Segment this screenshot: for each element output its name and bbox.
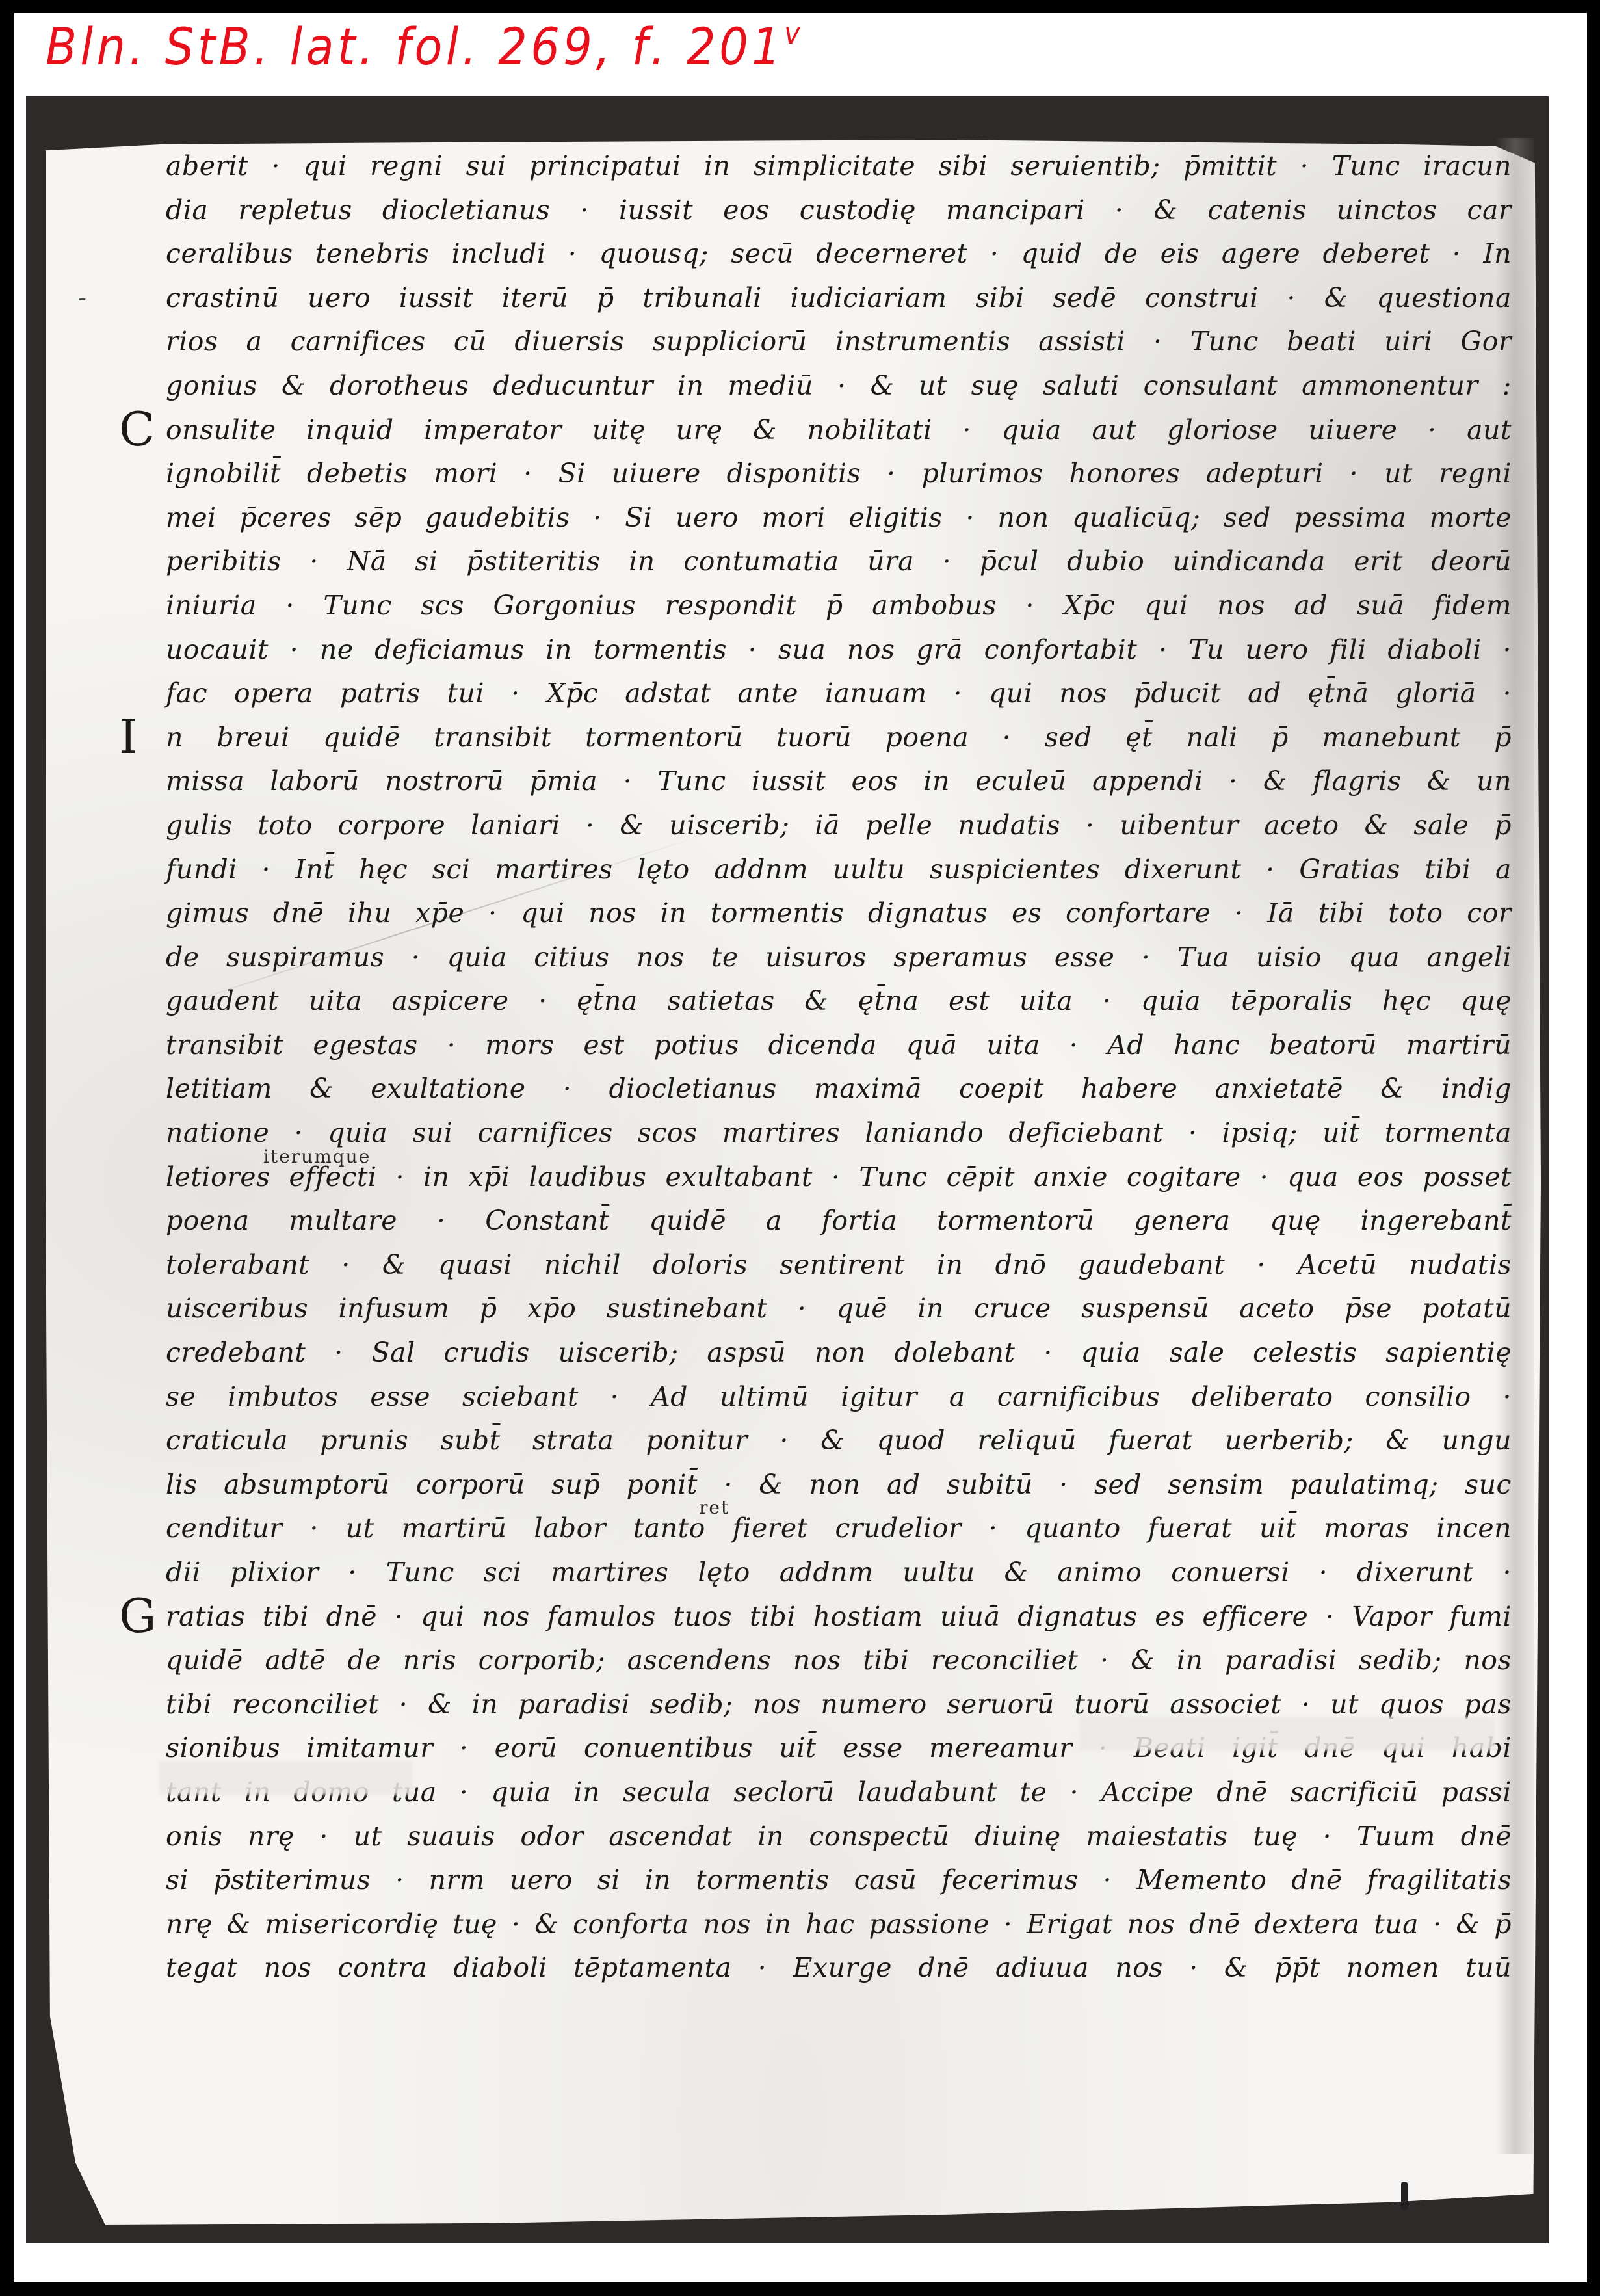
manuscript-line: uisceribus infusum p̄ xp̄o sustinebant ·… (166, 1287, 1512, 1331)
decorated-initial: I (119, 711, 138, 763)
line-text: ceralibus tenebris includi · quousq; sec… (166, 232, 1512, 276)
line-text: letitiam & exultatione · diocletianus ma… (166, 1067, 1512, 1111)
line-text: si p̄stiterimus · nrm uero si in torment… (166, 1858, 1512, 1903)
manuscript-line: ceralibus tenebris includi · quousq; sec… (166, 232, 1512, 276)
line-text: aberit · qui regni sui principatui in si… (166, 144, 1512, 189)
manuscript-line: credebant · Sal crudis uiscerib; aspsū n… (166, 1331, 1512, 1375)
line-text: transibit egestas · mors est potius dice… (166, 1023, 1512, 1068)
line-text: ignobilit̄ debetis mori · Si uiuere disp… (166, 452, 1512, 496)
line-text: tegat nos contra diaboli tēptamenta · Ex… (166, 1946, 1512, 1990)
line-text: rios a carnifices cū diuersis supplicior… (166, 320, 1512, 364)
manuscript-line: -crastinū uero iussit iterū p̄ tribunali… (166, 276, 1512, 321)
line-text: fundi · Int̄ hęc sci martires lęto addnm… (166, 848, 1512, 892)
line-text: fac opera patris tui · Xp̄c adstat ante … (166, 672, 1512, 716)
manuscript-line: iterumqueletiores effecti · in xp̄i laud… (166, 1155, 1512, 1200)
line-text: uocauit · ne deficiamus in tormentis · s… (166, 628, 1512, 672)
manuscript-line: Consulite inquid imperator uitę urę & no… (166, 408, 1512, 453)
manuscript-line: se imbutos esse sciebant · Ad ultimū igi… (166, 1375, 1512, 1419)
line-text: nrę & misericordię tuę · & conforta nos … (166, 1903, 1512, 1947)
manuscript-line: craticula prunis subt̄ strata ponitur · … (166, 1419, 1512, 1463)
ink-mark (1401, 2182, 1408, 2210)
manuscript-line: missa laborū nostrorū p̄mia · Tunc iussi… (166, 759, 1512, 804)
manuscript-line: dii plixior · Tunc sci martires lęto add… (166, 1551, 1512, 1595)
manuscript-line: nrę & misericordię tuę · & conforta nos … (166, 1903, 1512, 1947)
line-text: lis absumptorū corporū sup̄ ponit̄ · & n… (166, 1463, 1512, 1507)
manuscript-line: retcenditur · ut martirū labor tanto fie… (166, 1507, 1512, 1551)
line-text: craticula prunis subt̄ strata ponitur · … (166, 1419, 1512, 1463)
shelfmark-text: Bln. StB. lat. fol. 269, f. 201 (46, 18, 784, 77)
manuscript-line: lis absumptorū corporū sup̄ ponit̄ · & n… (166, 1463, 1512, 1507)
shelfmark-annotation: Bln. StB. lat. fol. 269, f. 201v (46, 18, 804, 90)
line-text: credebant · Sal crudis uiscerib; aspsū n… (166, 1331, 1512, 1375)
line-text: tolerabant · & quasi nichil doloris sent… (166, 1243, 1512, 1287)
line-text: dii plixior · Tunc sci martires lęto add… (166, 1551, 1512, 1595)
manuscript-line: letitiam & exultatione · diocletianus ma… (166, 1067, 1512, 1111)
folio-side: v (784, 16, 804, 51)
line-text: se imbutos esse sciebant · Ad ultimū igi… (166, 1375, 1512, 1419)
manuscript-text-block: aberit · qui regni sui principatui in si… (166, 144, 1512, 1990)
manuscript-line: gaudent uita aspicere · ęt̄na satietas &… (166, 979, 1512, 1023)
line-text: gonius & dorotheus deducuntur in mediū ·… (166, 364, 1512, 408)
erased-text-region (1079, 1717, 1495, 1750)
line-text: gaudent uita aspicere · ęt̄na satietas &… (166, 979, 1512, 1023)
line-text: dia repletus diocletianus · iussit eos c… (166, 189, 1512, 233)
manuscript-line: gimus dnē ihu xp̄e · qui nos in tormenti… (166, 891, 1512, 936)
manuscript-line: poena multare · Constant̄ quidē a fortia… (166, 1199, 1512, 1243)
manuscript-line: si p̄stiterimus · nrm uero si in torment… (166, 1858, 1512, 1903)
manuscript-line: aberit · qui regni sui principatui in si… (166, 144, 1512, 189)
line-text: cenditur · ut martirū labor tanto fieret… (166, 1507, 1512, 1551)
erased-text-region (159, 1761, 413, 1795)
line-text: iniuria · Tunc scs Gorgonius respondit p… (166, 584, 1512, 628)
line-text: gimus dnē ihu xp̄e · qui nos in tormenti… (166, 891, 1512, 936)
manuscript-line: In breui quidē transibit tormentorū tuor… (166, 716, 1512, 760)
manuscript-line: peribitis · Nā si p̄stiteritis in contum… (166, 540, 1512, 584)
manuscript-line: tolerabant · & quasi nichil doloris sent… (166, 1243, 1512, 1287)
manuscript-line: mei p̄ceres sēp gaudebitis · Si uero mor… (166, 496, 1512, 540)
manuscript-line: fac opera patris tui · Xp̄c adstat ante … (166, 672, 1512, 716)
line-text: de suspiramus · quia citius nos te uisur… (166, 936, 1512, 980)
manuscript-line: iniuria · Tunc scs Gorgonius respondit p… (166, 584, 1512, 628)
manuscript-line: de suspiramus · quia citius nos te uisur… (166, 936, 1512, 980)
decorated-initial: C (119, 403, 155, 455)
decorated-initial: G (119, 1590, 157, 1642)
line-text: missa laborū nostrorū p̄mia · Tunc iussi… (166, 759, 1512, 804)
manuscript-line: fundi · Int̄ hęc sci martires lęto addnm… (166, 848, 1512, 892)
manuscript-line: quidē adtē de nris corporib; ascendens n… (166, 1639, 1512, 1683)
manuscript-line: ignobilit̄ debetis mori · Si uiuere disp… (166, 452, 1512, 496)
line-text: peribitis · Nā si p̄stiteritis in contum… (166, 540, 1512, 584)
manuscript-line: onis nrę · ut suauis odor ascendat in co… (166, 1815, 1512, 1859)
manuscript-line: dia repletus diocletianus · iussit eos c… (166, 189, 1512, 233)
line-text: onis nrę · ut suauis odor ascendat in co… (166, 1815, 1512, 1859)
manuscript-line: uocauit · ne deficiamus in tormentis · s… (166, 628, 1512, 672)
line-text: mei p̄ceres sēp gaudebitis · Si uero mor… (166, 496, 1512, 540)
margin-mark: - (78, 276, 86, 321)
interlinear-gloss: ret (699, 1499, 729, 1517)
line-text: onsulite inquid imperator uitę urę & nob… (166, 408, 1512, 453)
line-text: crastinū uero iussit iterū p̄ tribunali … (166, 276, 1512, 321)
manuscript-line: gulis toto corpore laniari · & uiscerib;… (166, 804, 1512, 848)
line-text: poena multare · Constant̄ quidē a fortia… (166, 1199, 1512, 1243)
manuscript-line: transibit egestas · mors est potius dice… (166, 1023, 1512, 1068)
manuscript-line: tegat nos contra diaboli tēptamenta · Ex… (166, 1946, 1512, 1990)
line-text: gulis toto corpore laniari · & uiscerib;… (166, 804, 1512, 848)
manuscript-line: Gratias tibi dnē · qui nos famulos tuos … (166, 1595, 1512, 1639)
interlinear-gloss: iterumque (263, 1148, 371, 1166)
line-text: n breui quidē transibit tormentorū tuorū… (166, 716, 1512, 760)
manuscript-line: gonius & dorotheus deducuntur in mediū ·… (166, 364, 1512, 408)
line-text: quidē adtē de nris corporib; ascendens n… (166, 1639, 1512, 1683)
line-text: uisceribus infusum p̄ xp̄o sustinebant ·… (166, 1287, 1512, 1331)
line-text: ratias tibi dnē · qui nos famulos tuos t… (166, 1595, 1512, 1639)
manuscript-line: rios a carnifices cū diuersis supplicior… (166, 320, 1512, 364)
